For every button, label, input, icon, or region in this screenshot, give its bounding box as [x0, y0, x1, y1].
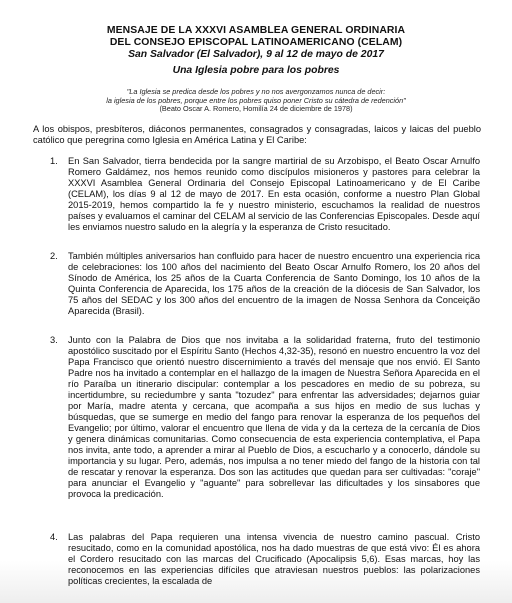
numbered-paragraph-4: 4. Las palabras del Papa requieren una i… [50, 532, 480, 587]
paragraph-text: También múltiples aniversarios han confl… [68, 251, 480, 317]
paragraph-text: Junto con la Palabra de Dios que nos inv… [68, 335, 480, 500]
quote-attribution: (Beato Oscar A. Romero, Homilía 24 de di… [0, 105, 512, 114]
title-line-2: DEL CONSEJO EPISCOPAL LATINOAMERICANO (C… [0, 37, 512, 49]
paragraph-number: 4. [50, 532, 66, 543]
document-page: MENSAJE DE LA XXXVI ASAMBLEA GENERAL ORD… [0, 0, 512, 603]
paragraph-text: Las palabras del Papa requieren una inte… [68, 532, 480, 587]
document-header: MENSAJE DE LA XXXVI ASAMBLEA GENERAL ORD… [0, 25, 512, 61]
paragraph-number: 2. [50, 251, 66, 262]
title-line-1: MENSAJE DE LA XXXVI ASAMBLEA GENERAL ORD… [0, 25, 512, 37]
document-theme: Una Iglesia pobre para los pobres [0, 65, 512, 77]
numbered-paragraph-1: 1. En San Salvador, tierra bendecida por… [50, 156, 480, 233]
numbered-paragraph-2: 2. También múltiples aniversarios han co… [50, 251, 480, 317]
paragraph-text: En San Salvador, tierra bendecida por la… [68, 156, 480, 233]
paragraph-number: 1. [50, 156, 66, 167]
intro-paragraph: A los obispos, presbíteros, diáconos per… [33, 124, 481, 146]
numbered-paragraph-3: 3. Junto con la Palabra de Dios que nos … [50, 335, 480, 500]
title-place-date: San Salvador (El Salvador), 9 al 12 de m… [0, 49, 512, 61]
epigraph-quote: "La Iglesia se predica desde los pobres … [0, 88, 512, 114]
paragraph-number: 3. [50, 335, 66, 346]
